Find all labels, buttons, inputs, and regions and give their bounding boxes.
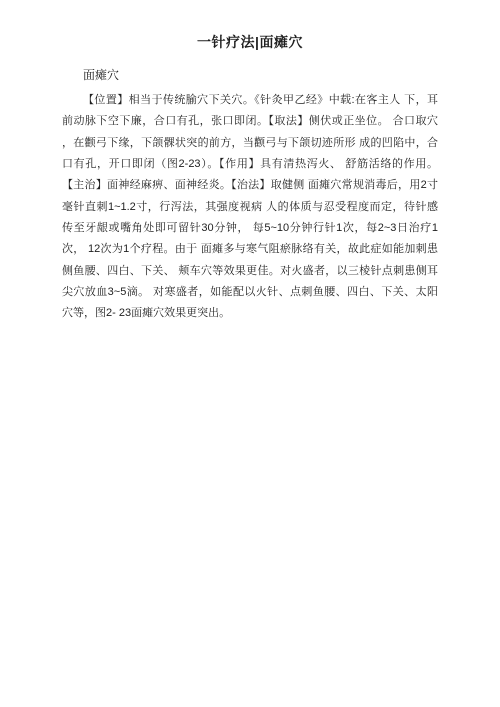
paragraph-line: 侧鱼腰、四白、下关、 颊车穴等效果更佳。对火盛者，以三棱针点刺患侧耳 <box>62 261 438 282</box>
paragraph-line: ，在颧弓下缘，下颌髁状突的前方，当颧弓与下颌切迹所形 成的凹陷中，合 <box>62 133 438 154</box>
paragraph-line: 穴等，图2- 23面瘫穴效果更突出。 <box>62 303 438 324</box>
paragraph-line: 口有孔，开口即闭（图2-23）。【作用】具有清热泻火、 舒筋活络的作用。 <box>62 154 438 175</box>
paragraph-line: 毫针直刺1~1.2寸，行泻法，其强度视病 人的体质与忍受程度而定，待针感 <box>62 197 438 218</box>
paragraph-line: 传至牙龈或嘴角处即可留针30分钟， 每5~10分钟行针1次，每2~3日治疗1 <box>62 218 438 239</box>
body-paragraph: 【位置】相当于传统腧穴下关穴。《针灸甲乙经》中载:在客主人 下，耳前动脉下空下廉… <box>62 90 438 325</box>
paragraph-line: 尖穴放血3~5滴。 对寒盛者，如能配以火针、点刺鱼腰、四白、下关、太阳 <box>62 282 438 303</box>
paragraph-line: 次， 12次为1个疗程。由于 面瘫多与寒气阻瘀脉络有关，故此症如能加刺患 <box>62 239 438 260</box>
paragraph-line: 【主治】面神经麻痹、面神经炎。【治法】取健侧 面瘫穴常规消毒后，用2寸 <box>62 175 438 196</box>
document-page: 一针疗法|面瘫穴 面瘫穴 【位置】相当于传统腧穴下关穴。《针灸甲乙经》中载:在客… <box>0 0 500 707</box>
page-title: 一针疗法|面瘫穴 <box>0 32 500 52</box>
paragraph-line: 前动脉下空下廉，合口有孔，张口即闭。【取法】侧伏或正坐位。 合口取穴 <box>62 111 438 132</box>
section-heading: 面瘫穴 <box>83 66 119 84</box>
paragraph-line: 【位置】相当于传统腧穴下关穴。《针灸甲乙经》中载:在客主人 下，耳 <box>62 90 438 111</box>
